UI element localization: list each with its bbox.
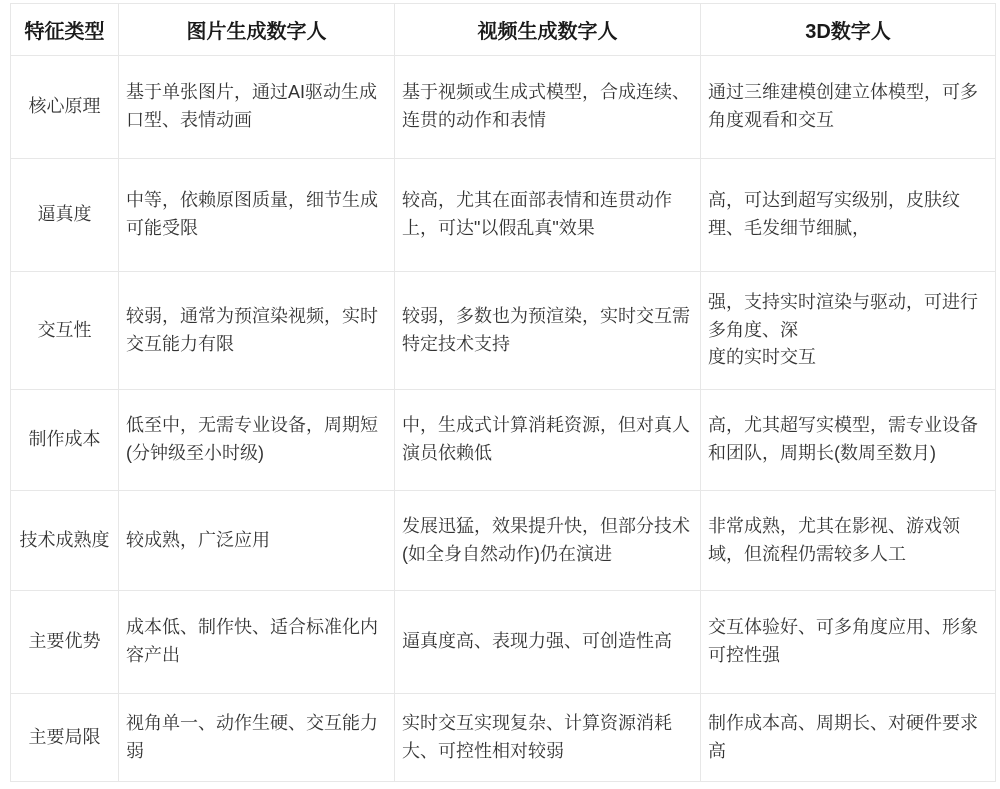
cell-3d: 通过三维建模创建立体模型，可多角度观看和交互 [701, 56, 996, 159]
column-header-image-gen: 图片生成数字人 [119, 4, 395, 56]
cell-3d: 高，可达到超写实级别，皮肤纹理、毛发细节细腻， [701, 159, 996, 272]
table-row-core-principle: 核心原理 基于单张图片，通过AI驱动生成口型、表情动画 基于视频或生成式模型，合… [11, 56, 996, 159]
feature-label: 逼真度 [11, 159, 119, 272]
cell-image-gen: 基于单张图片，通过AI驱动生成口型、表情动画 [119, 56, 395, 159]
feature-label: 交互性 [11, 272, 119, 390]
cell-image-gen: 较成熟，广泛应用 [119, 491, 395, 591]
cell-video-gen: 实时交互实现复杂、计算资源消耗大、可控性相对较弱 [395, 694, 701, 782]
cell-image-gen: 中等，依赖原图质量，细节生成可能受限 [119, 159, 395, 272]
cell-video-gen: 中，生成式计算消耗资源，但对真人演员依赖低 [395, 390, 701, 491]
cell-video-gen: 逼真度高、表现力强、可创造性高 [395, 591, 701, 694]
cell-video-gen: 较弱，多数也为预渲染，实时交互需特定技术支持 [395, 272, 701, 390]
cell-video-gen: 较高，尤其在面部表情和连贯动作上，可达"以假乱真"效果 [395, 159, 701, 272]
feature-label: 主要优势 [11, 591, 119, 694]
cell-video-gen: 发展迅猛，效果提升快，但部分技术(如全身自然动作)仍在演进 [395, 491, 701, 591]
table-row-production-cost: 制作成本 低至中，无需专业设备，周期短(分钟级至小时级) 中，生成式计算消耗资源… [11, 390, 996, 491]
cell-3d: 强，支持实时渲染与驱动，可进行多角度、深 度的实时交互 [701, 272, 996, 390]
column-header-feature-type: 特征类型 [11, 4, 119, 56]
cell-image-gen: 较弱，通常为预渲染视频，实时交互能力有限 [119, 272, 395, 390]
feature-label: 主要局限 [11, 694, 119, 782]
feature-label: 技术成熟度 [11, 491, 119, 591]
cell-3d: 非常成熟，尤其在影视、游戏领域，但流程仍需较多人工 [701, 491, 996, 591]
table-row-main-advantages: 主要优势 成本低、制作快、适合标准化内容产出 逼真度高、表现力强、可创造性高 交… [11, 591, 996, 694]
table-row-tech-maturity: 技术成熟度 较成熟，广泛应用 发展迅猛，效果提升快，但部分技术(如全身自然动作)… [11, 491, 996, 591]
column-header-video-gen: 视频生成数字人 [395, 4, 701, 56]
table-row-realism: 逼真度 中等，依赖原图质量，细节生成可能受限 较高，尤其在面部表情和连贯动作上，… [11, 159, 996, 272]
cell-image-gen: 视角单一、动作生硬、交互能力弱 [119, 694, 395, 782]
cell-video-gen: 基于视频或生成式模型，合成连续、连贯的动作和表情 [395, 56, 701, 159]
cell-3d: 制作成本高、周期长、对硬件要求高 [701, 694, 996, 782]
table-row-main-limitations: 主要局限 视角单一、动作生硬、交互能力弱 实时交互实现复杂、计算资源消耗大、可控… [11, 694, 996, 782]
cell-image-gen: 成本低、制作快、适合标准化内容产出 [119, 591, 395, 694]
column-header-3d: 3D数字人 [701, 4, 996, 56]
feature-label: 制作成本 [11, 390, 119, 491]
cell-3d: 交互体验好、可多角度应用、形象可控性强 [701, 591, 996, 694]
digital-human-comparison-table: 特征类型 图片生成数字人 视频生成数字人 3D数字人 核心原理 基于单张图片，通… [10, 3, 996, 782]
cell-3d: 高，尤其超写实模型，需专业设备和团队，周期长(数周至数月) [701, 390, 996, 491]
feature-label: 核心原理 [11, 56, 119, 159]
header-row: 特征类型 图片生成数字人 视频生成数字人 3D数字人 [11, 4, 996, 56]
table-row-interactivity: 交互性 较弱，通常为预渲染视频，实时交互能力有限 较弱，多数也为预渲染，实时交互… [11, 272, 996, 390]
cell-image-gen: 低至中，无需专业设备，周期短(分钟级至小时级) [119, 390, 395, 491]
